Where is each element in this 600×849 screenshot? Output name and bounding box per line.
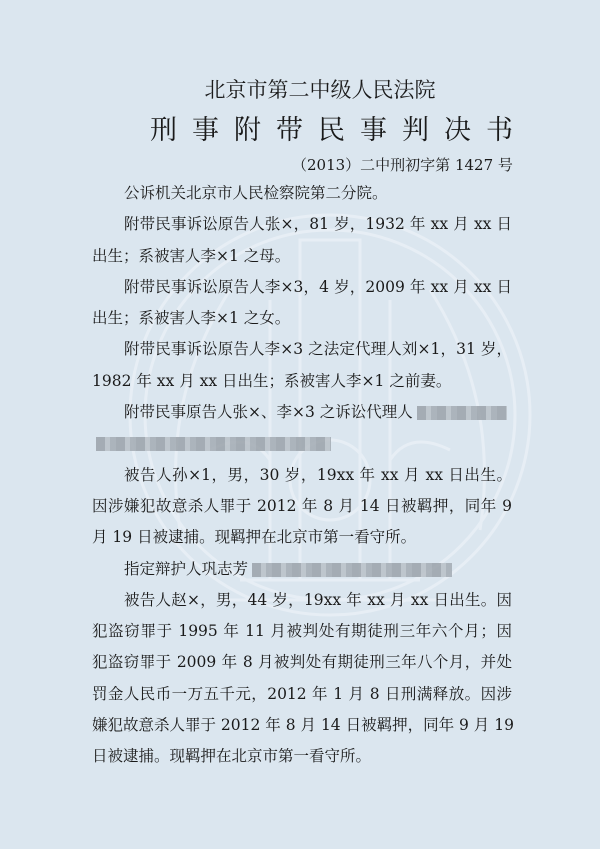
text-line: 因涉嫌犯故意杀人罪于 2012 年 8 月 14 日被羁押，同年 9 [92, 491, 512, 522]
text-line-content: 指定辩护人巩志芳 [124, 560, 248, 578]
text-line: 出生；系被害人李×1 之女。 [92, 303, 512, 334]
text-line-content: 附带民事诉讼原告人李×3，4 岁，2009 年 xx 月 xx 日 [124, 278, 512, 296]
text-line: 日被逮捕。现羁押在北京市第一看守所。 [92, 741, 512, 772]
text-line: 附带民事诉讼原告人李×3 之法定代理人刘×1，31 岁， [92, 334, 512, 365]
text-line: 犯盗窃罪于 2009 年 8 月被判处有期徒刑三年八个月，并处 [92, 647, 512, 678]
text-line-content: 月 19 日被逮捕。现羁押在北京市第一看守所。 [92, 528, 416, 546]
redacted-text [96, 437, 331, 451]
text-line-content: 被告人孙×1，男，30 岁，19xx 年 xx 月 xx 日出生。 [124, 466, 512, 484]
text-line-content: 附带民事原告人张×、李×3 之诉讼代理人 [124, 403, 413, 421]
text-line-content: 附带民事诉讼原告人李×3 之法定代理人刘×1，31 岁， [124, 340, 512, 358]
redacted-text [252, 563, 452, 577]
text-line: 出生；系被害人李×1 之母。 [92, 241, 512, 272]
text-line [92, 428, 512, 459]
text-line: 附带民事诉讼原告人张×，81 岁，1932 年 xx 月 xx 日 [92, 209, 512, 240]
text-line: 指定辩护人巩志芳 [92, 554, 512, 585]
text-line-content: 嫌犯故意杀人罪于 2012 年 8 月 14 日被羁押，同年 9 月 19 [92, 716, 514, 734]
text-line: 被告人孙×1，男，30 岁，19xx 年 xx 月 xx 日出生。 [92, 460, 512, 491]
document-body: 公诉机关北京市人民检察院第二分院。附带民事诉讼原告人张×，81 岁，1932 年… [92, 178, 512, 773]
redacted-text [417, 406, 507, 420]
text-line-content: 罚金人民币一万五千元，2012 年 1 月 8 日刑满释放。因涉 [92, 685, 512, 703]
text-line: 罚金人民币一万五千元，2012 年 1 月 8 日刑满释放。因涉 [92, 679, 512, 710]
text-line-content: 公诉机关北京市人民检察院第二分院。 [124, 184, 388, 202]
text-line: 1982 年 xx 月 xx 日出生；系被害人李×1 之前妻。 [92, 366, 512, 397]
text-line-content: 日被逮捕。现羁押在北京市第一看守所。 [92, 747, 371, 765]
text-line-content: 1982 年 xx 月 xx 日出生；系被害人李×1 之前妻。 [92, 372, 451, 390]
text-line-content: 犯盗窃罪于 1995 年 11 月被判处有期徒刑三年六个月；因 [92, 622, 512, 640]
text-line-content: 出生；系被害人李×1 之母。 [92, 247, 290, 265]
text-line-content: 因涉嫌犯故意杀人罪于 2012 年 8 月 14 日被羁押，同年 9 [92, 497, 512, 515]
text-line: 附带民事诉讼原告人李×3，4 岁，2009 年 xx 月 xx 日 [92, 272, 512, 303]
case-number: （2013）二中刑初字第 1427 号 [292, 154, 513, 175]
judgment-document: 北京市第二中级人民法院 刑事附带民事判决书 （2013）二中刑初字第 1427 … [0, 0, 600, 849]
text-line-content: 被告人赵×，男，44 岁，19xx 年 xx 月 xx 日出生。因 [124, 591, 512, 609]
text-line-content: 出生；系被害人李×1 之女。 [92, 309, 290, 327]
text-line-content: 附带民事诉讼原告人张×，81 岁，1932 年 xx 月 xx 日 [124, 215, 512, 233]
text-line: 嫌犯故意杀人罪于 2012 年 8 月 14 日被羁押，同年 9 月 19 [92, 710, 512, 741]
text-line: 公诉机关北京市人民检察院第二分院。 [92, 178, 512, 209]
text-line: 犯盗窃罪于 1995 年 11 月被判处有期徒刑三年六个月；因 [92, 616, 512, 647]
text-line: 附带民事原告人张×、李×3 之诉讼代理人 [92, 397, 512, 428]
text-line: 月 19 日被逮捕。现羁押在北京市第一看守所。 [92, 522, 512, 553]
text-line-content: 犯盗窃罪于 2009 年 8 月被判处有期徒刑三年八个月，并处 [92, 653, 512, 671]
court-name: 北京市第二中级人民法院 [0, 74, 600, 104]
text-line: 被告人赵×，男，44 岁，19xx 年 xx 月 xx 日出生。因 [92, 585, 512, 616]
document-title: 刑事附带民事判决书 [150, 108, 540, 147]
